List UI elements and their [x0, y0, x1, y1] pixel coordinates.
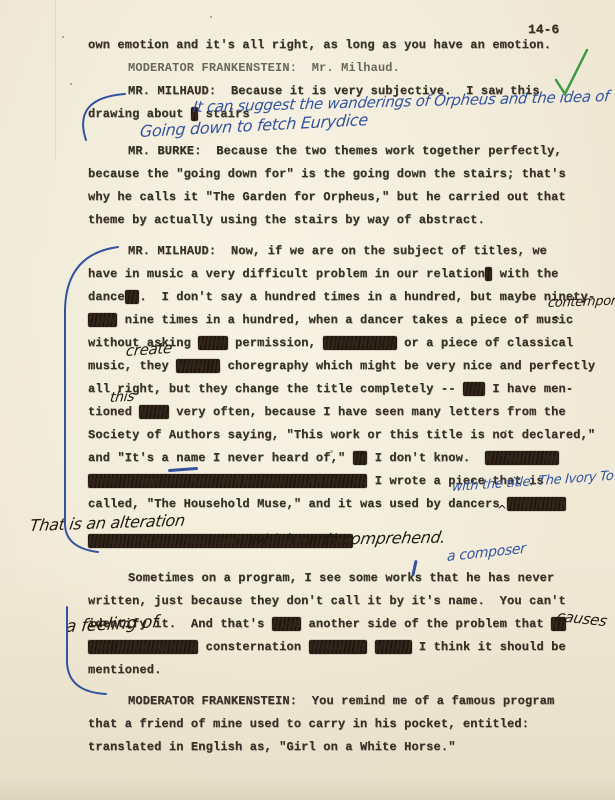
typed-segment: tioned [88, 405, 139, 419]
typed-line: theme by actually using the stairs by wa… [88, 213, 615, 236]
typed-segment: all right, but they change the title com… [88, 382, 463, 396]
typed-segment: permission, [228, 336, 324, 350]
typed-segment: I don't know. [367, 451, 485, 465]
typed-line: MR. MILHAUD: Now, if we are on the subje… [88, 244, 615, 267]
typed-segment: MR. BURKE: Because the two themes work t… [128, 144, 562, 158]
typed-line: nime nine times in a hundred, when a dan… [88, 313, 615, 336]
typed-segment: drawing about [88, 107, 191, 121]
typed-segment: Sometimes on a program, I see some works… [128, 571, 554, 585]
typed-line: music, they make a choregraphy which mig… [88, 359, 615, 382]
typed-line: MODERATOR FRANKENSTEIN: Mr. Milhaud. [88, 61, 615, 84]
typed-line: that a friend of mine used to carry in h… [88, 717, 615, 740]
typed-line: mentioned. [88, 663, 615, 686]
typed-segment: nine times in a hundred, when a dancer t… [117, 313, 573, 327]
manuscript-page: 14-6 own emotion and it's all right, as … [0, 0, 615, 800]
typed-segment: have in music a very difficult problem i… [88, 267, 485, 281]
ink-blot: them [198, 336, 227, 350]
typed-line: can only make a consternation about it w… [88, 640, 615, 663]
typed-segment: very often, because I have seen many let… [169, 405, 566, 419]
typed-segment: dance [88, 290, 125, 304]
ink-blot: and [463, 382, 485, 396]
paper-speck [210, 16, 212, 18]
typed-segment: because the "going down for" is the goin… [88, 167, 566, 181]
ink-blot: which [375, 640, 412, 654]
paper-fold-line [55, 0, 56, 160]
typed-line: tioned that very often, because I have s… [88, 405, 615, 428]
typed-segment: Society of Authors saying, "This work or… [88, 428, 595, 442]
typed-segment: with the [492, 267, 558, 281]
typed-line: Sometimes on a program, I see some works… [88, 571, 615, 594]
typed-segment: translated in English as, "Girl on a Whi… [88, 740, 456, 754]
page-number: 14-6 [528, 22, 559, 37]
typed-segment: called, "The Household Muse," and it was… [88, 497, 507, 511]
typed-segment: own emotion and it's all right, as long … [88, 38, 551, 52]
typed-segment: I have men- [485, 382, 573, 396]
typed-segment: MODERATOR FRANKENSTEIN: Mr. Milhaud. [128, 61, 400, 75]
typed-text: own emotion and it's all right, as long … [88, 38, 615, 763]
handwritten-note-create: create [125, 339, 173, 360]
typed-segment: and "It's a name I never heard of," [88, 451, 353, 465]
typed-segment: another side of the problem that [301, 617, 551, 631]
ink-blot: some programs the different titles, so [88, 474, 367, 488]
typed-line: because the "going down for" is the goin… [88, 167, 615, 190]
paper-speck [70, 83, 72, 85]
handwritten-note-this: this [109, 389, 135, 406]
ink-blot: nime [88, 313, 117, 327]
typed-line: Society of Authors saying, "This work or… [88, 428, 615, 451]
ink-blot: make a [176, 359, 220, 373]
typed-line: MR. BURKE: Because the two themes work t… [88, 144, 615, 167]
ink-blot: that [139, 405, 168, 419]
typed-line: written, just because they don't call it… [88, 594, 615, 617]
typed-line: all right, but they change the title com… [88, 382, 615, 405]
typed-segment: mentioned. [88, 663, 162, 677]
typed-segment: choregraphy which might be very nice and… [220, 359, 595, 373]
typed-segment: MODERATOR FRANKENSTEIN: You remind me of… [128, 694, 554, 708]
typed-segment: or a piece of classical [397, 336, 573, 350]
typed-segment: why he calls it "The Garden for Orpheus,… [88, 190, 566, 204]
typed-line: own emotion and it's all right, as long … [88, 38, 615, 61]
typed-line: MODERATOR FRANKENSTEIN: You remind me of… [88, 694, 615, 717]
typed-segment: I think it should be [412, 640, 566, 654]
ink-blot: I found on [485, 451, 559, 465]
caret-icon: ^ [497, 503, 507, 517]
typed-segment [367, 640, 374, 654]
typed-segment: theme by actually using the stairs by wa… [88, 213, 485, 227]
paper-speck [62, 36, 64, 38]
ink-blot: and they [507, 497, 566, 511]
typed-line: dancers. I don't say a hundred times in … [88, 290, 615, 313]
ink-blot: can only make a [88, 640, 198, 654]
ink-blot: generally, [323, 336, 397, 350]
ink-blot: so [353, 451, 368, 465]
ink-blot: also [272, 617, 301, 631]
typed-line: translated in English as, "Girl on a Whi… [88, 740, 615, 763]
typed-line: have in music a very difficult problem i… [88, 267, 615, 290]
typed-segment: consternation [198, 640, 308, 654]
handwritten-note-alteration-part2: which can't comprehend. [248, 528, 446, 550]
typed-line: why he calls it "The Garden for Orpheus,… [88, 190, 615, 213]
typed-segment: that a friend of mine used to carry in h… [88, 717, 529, 731]
ink-blot: rs [125, 290, 140, 304]
typed-segment: . I don't say a hundred times in a hundr… [139, 290, 595, 304]
handwritten-note-contemporary: contemporary [547, 293, 615, 311]
typed-line: identify it. And that's also another sid… [88, 617, 615, 640]
typed-segment: music, they [88, 359, 176, 373]
typed-segment: written, just because they don't call it… [88, 594, 566, 608]
typed-segment: MR. MILHAUD: Now, if we are on the subje… [128, 244, 547, 258]
ink-blot: about it [309, 640, 368, 654]
caret-icon: ^ [551, 314, 561, 328]
